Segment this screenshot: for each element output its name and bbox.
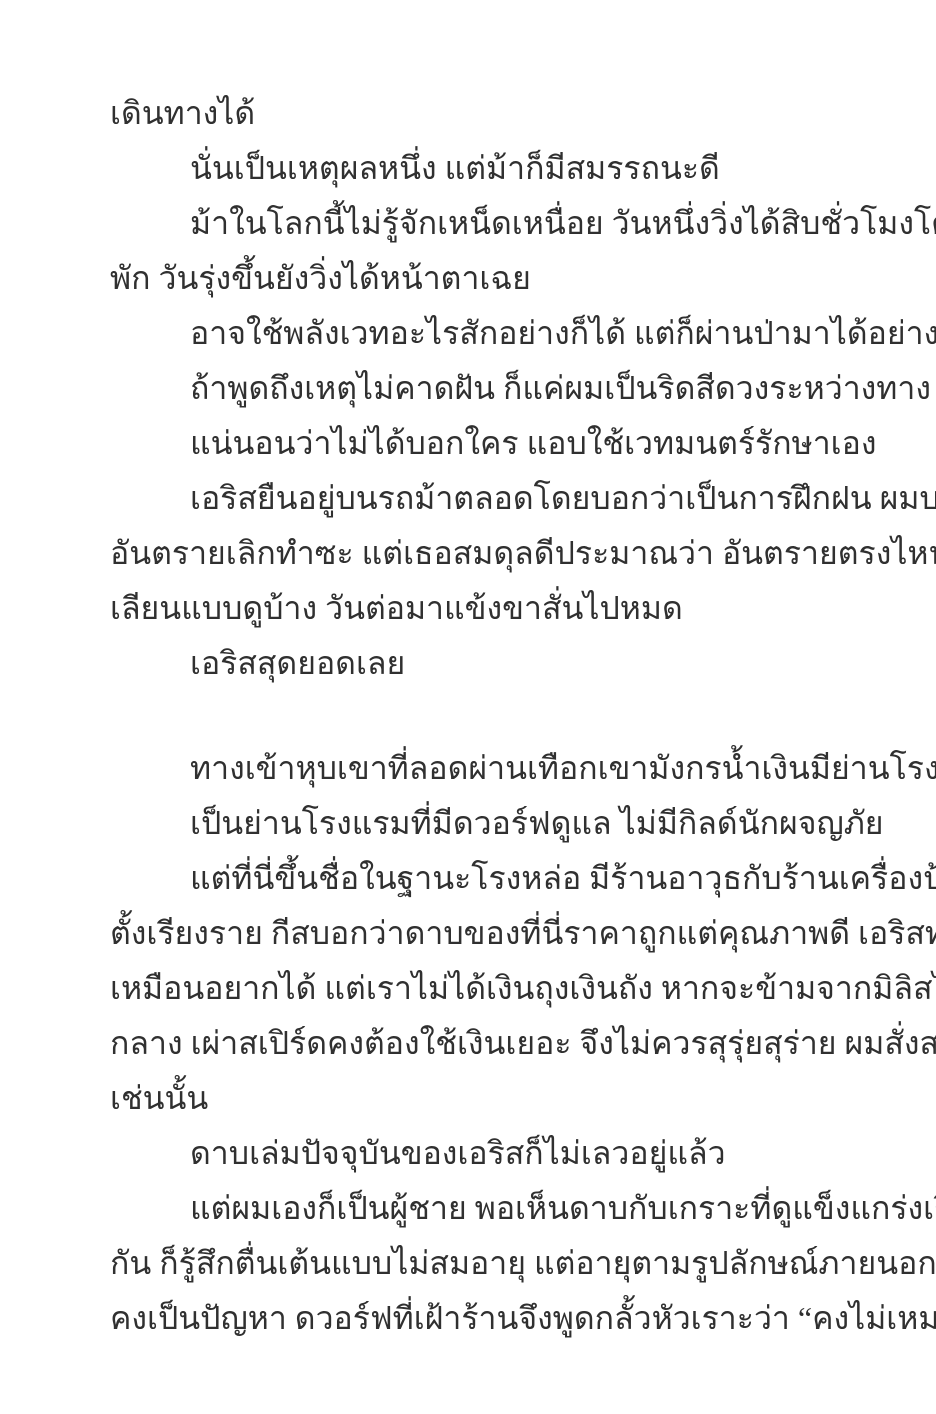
text-line: ม้าในโลกนี้ไม่รู้จักเหน็ดเหนื่อย วันหนึ่… xyxy=(110,196,860,251)
text-line: นั่นเป็นเหตุผลหนึ่ง แต่ม้าก็มีสมรรถนะดี xyxy=(110,141,860,196)
text-line: ตั้งเรียงราย กีสบอกว่าดาบของที่นี่ราคาถู… xyxy=(110,906,860,961)
text-line: อาจใช้พลังเวทอะไรสักอย่างก็ได้ แต่ก็ผ่าน… xyxy=(110,306,860,361)
text-line: พัก วันรุ่งขึ้นยังวิ่งได้หน้าตาเฉย xyxy=(110,251,860,306)
text-line: ทางเข้าหุบเขาที่ลอดผ่านเทือกเขามังกรน้ำเ… xyxy=(110,741,860,796)
text-line: กัน ก็รู้สึกตื่นเต้นแบบไม่สมอายุ แต่อายุ… xyxy=(110,1236,860,1291)
text-line: เลียนแบบดูบ้าง วันต่อมาแข้งขาสั่นไปหมด xyxy=(110,581,860,636)
text-line: เหมือนอยากได้ แต่เราไม่ได้เงินถุงเงินถัง… xyxy=(110,961,860,1016)
book-page: เดินทางได้ นั่นเป็นเหตุผลหนึ่ง แต่ม้าก็ม… xyxy=(0,0,936,1414)
text-line: ถ้าพูดถึงเหตุไม่คาดฝัน ก็แค่ผมเป็นริดสีด… xyxy=(110,361,860,416)
text-line: แน่นอนว่าไม่ได้บอกใคร แอบใช้เวทมนตร์รักษ… xyxy=(110,416,860,471)
text-line: แต่ผมเองก็เป็นผู้ชาย พอเห็นดาบกับเกราะที… xyxy=(110,1181,860,1236)
text-line: ดาบเล่มปัจจุบันของเอริสก็ไม่เลวอยู่แล้ว xyxy=(110,1126,860,1181)
text-line: คงเป็นปัญหา ดวอร์ฟที่เฝ้าร้านจึงพูดกลั้ว… xyxy=(110,1291,860,1346)
text-line: อันตรายเลิกทำซะ แต่เธอสมดุลดีประมาณว่า อ… xyxy=(110,526,860,581)
text-line: เดินทางได้ xyxy=(110,86,860,141)
text-line: เอริสยืนอยู่บนรถม้าตลอดโดยบอกว่าเป็นการฝ… xyxy=(110,471,860,526)
section-break xyxy=(110,691,860,741)
text-line: แต่ที่นี่ขึ้นชื่อในฐานะโรงหล่อ มีร้านอาว… xyxy=(110,851,860,906)
text-line: เช่นนั้น xyxy=(110,1071,860,1126)
text-line: เอริสสุดยอดเลย xyxy=(110,636,860,691)
text-line: กลาง เผ่าสเปิร์ดคงต้องใช้เงินเยอะ จึงไม่… xyxy=(110,1016,860,1071)
text-line: เป็นย่านโรงแรมที่มีดวอร์ฟดูแล ไม่มีกิลด์… xyxy=(110,796,860,851)
